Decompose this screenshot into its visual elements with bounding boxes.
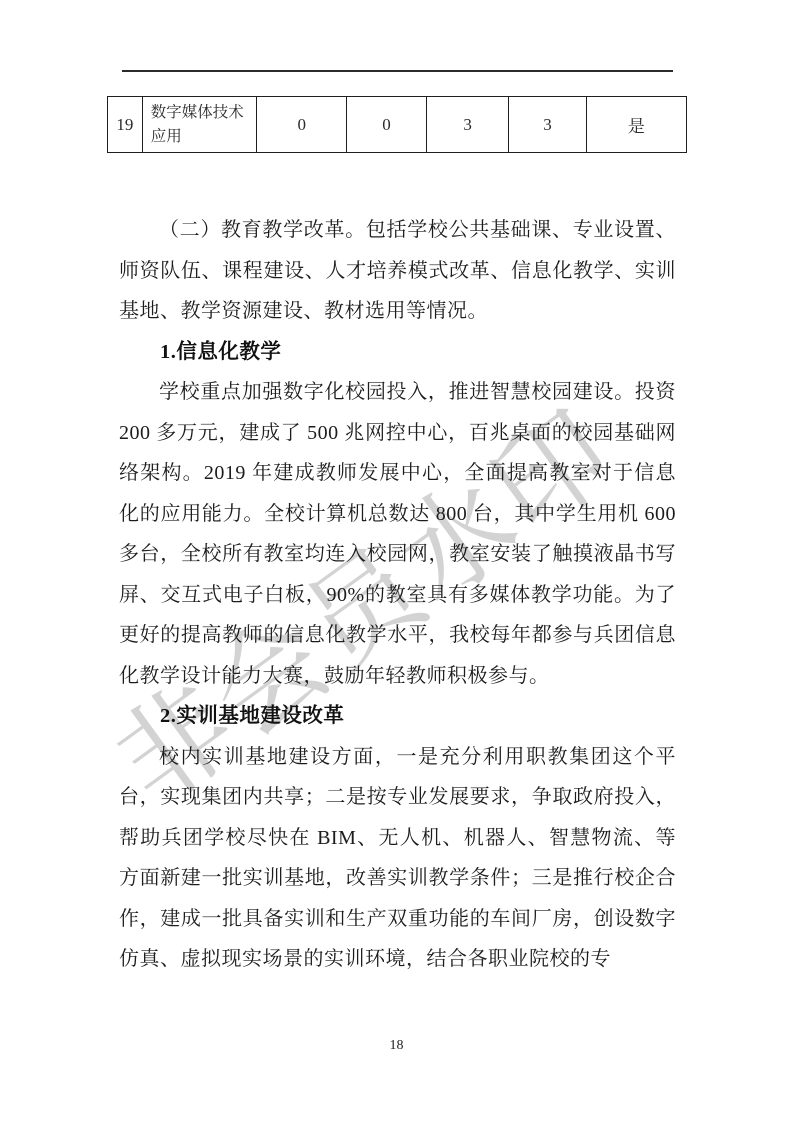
paragraph-informatization-teaching: 学校重点加强数字化校园投入，推进智慧校园建设。投资 200 多万元，建成了 50… bbox=[119, 372, 676, 696]
paragraph-section-intro: （二）教育教学改革。包括学校公共基础课、专业设置、师资队伍、课程建设、人才培养模… bbox=[119, 210, 676, 332]
heading-informatization-teaching: 1.信息化教学 bbox=[119, 332, 676, 373]
document-page: 非会员水印 19 数字媒体技术应用 0 0 3 3 是 （二）教育教学改革。包括… bbox=[0, 0, 793, 1122]
table-cell-seq: 19 bbox=[108, 97, 143, 153]
course-table: 19 数字媒体技术应用 0 0 3 3 是 bbox=[107, 96, 687, 153]
table-cell-course-name: 数字媒体技术应用 bbox=[142, 97, 257, 153]
table-cell-value-4: 3 bbox=[509, 97, 587, 153]
table-cell-flag: 是 bbox=[586, 97, 686, 153]
table-cell-value-3: 3 bbox=[427, 97, 509, 153]
table-cell-value-2: 0 bbox=[347, 97, 427, 153]
document-body: （二）教育教学改革。包括学校公共基础课、专业设置、师资队伍、课程建设、人才培养模… bbox=[119, 210, 676, 980]
heading-training-base-reform: 2.实训基地建设改革 bbox=[119, 696, 676, 737]
table-row: 19 数字媒体技术应用 0 0 3 3 是 bbox=[108, 97, 687, 153]
table-top-rule bbox=[122, 70, 673, 72]
page-number: 18 bbox=[0, 1038, 793, 1054]
table-cell-value-1: 0 bbox=[257, 97, 347, 153]
paragraph-training-base-reform: 校内实训基地建设方面，一是充分利用职教集团这个平台，实现集团内共享；二是按专业发… bbox=[119, 737, 676, 980]
